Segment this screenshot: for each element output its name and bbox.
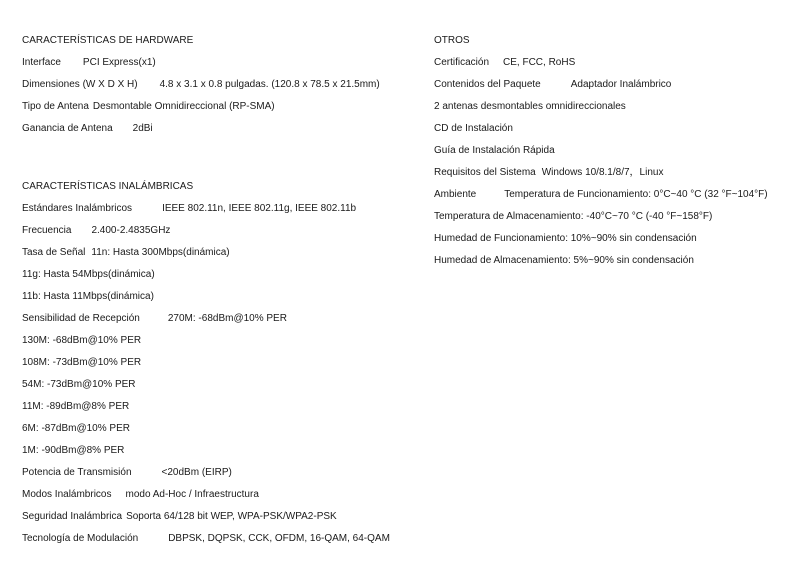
wireless-row: 130M: -68dBm@10% PER [22, 335, 141, 347]
others-row: 2 antenas desmontables omnidireccionales [434, 101, 626, 113]
spec-value: 6M: -87dBm@10% PER [22, 423, 130, 434]
spec-label: Tipo de Antena [22, 101, 89, 112]
spec-label: Tasa de Señal [22, 247, 85, 258]
spec-label: Modos Inalámbricos [22, 489, 111, 500]
wireless-row: 108M: -73dBm@10% PER [22, 357, 141, 369]
spec-value: Soporta 64/128 bit WEP, WPA-PSK/WPA2-PSK [126, 511, 337, 522]
spec-value: CE, FCC, RoHS [503, 57, 575, 68]
spec-value: Guía de Instalación Rápida [434, 145, 555, 156]
wireless-row: 11g: Hasta 54Mbps(dinámica) [22, 269, 155, 281]
spec-value: 130M: -68dBm@10% PER [22, 335, 141, 346]
spec-value: 108M: -73dBm@10% PER [22, 357, 141, 368]
others-row: Guía de Instalación Rápida [434, 145, 555, 157]
others-row: CertificaciónCE, FCC, RoHS [434, 57, 575, 69]
spec-value: IEEE 802.11n, IEEE 802.11g, IEEE 802.11b [162, 203, 356, 214]
wireless-row: Tecnología de ModulaciónDBPSK, DQPSK, CC… [22, 533, 390, 545]
spec-value: 11n: Hasta 300Mbps(dinámica) [91, 247, 229, 258]
spec-value: Humedad de Funcionamiento: 10%~90% sin c… [434, 233, 697, 244]
others-heading: OTROS [434, 35, 470, 47]
spec-label: Ganancia de Antena [22, 123, 113, 134]
spec-value: 2.400-2.4835GHz [91, 225, 170, 236]
spec-value: 54M: -73dBm@10% PER [22, 379, 136, 390]
hardware-row: Dimensiones (W X D X H)4.8 x 3.1 x 0.8 p… [22, 79, 380, 91]
spec-value: 11g: Hasta 54Mbps(dinámica) [22, 269, 155, 280]
spec-value: 11M: -89dBm@8% PER [22, 401, 129, 412]
wireless-heading: CARACTERÍSTICAS INALÁMBRICAS [22, 181, 193, 193]
spec-value: DBPSK, DQPSK, CCK, OFDM, 16-QAM, 64-QAM [168, 533, 390, 544]
hardware-row: Tipo de AntenaDesmontable Omnidirecciona… [22, 101, 275, 113]
spec-label: Potencia de Transmisión [22, 467, 132, 478]
wireless-row: Seguridad InalámbricaSoporta 64/128 bit … [22, 511, 337, 523]
wireless-row: 54M: -73dBm@10% PER [22, 379, 136, 391]
spec-label: Interface [22, 57, 61, 68]
others-row: Temperatura de Almacenamiento: -40°C~70 … [434, 211, 712, 223]
others-row: Humedad de Funcionamiento: 10%~90% sin c… [434, 233, 697, 245]
spec-value: 2dBi [133, 123, 153, 134]
spec-label: Ambiente [434, 189, 476, 200]
wireless-row: Frecuencia2.400-2.4835GHz [22, 225, 170, 237]
spec-value: 1M: -90dBm@8% PER [22, 445, 124, 456]
hardware-row: InterfacePCI Express(x1) [22, 57, 156, 69]
spec-value: Humedad de Almacenamiento: 5%~90% sin co… [434, 255, 694, 266]
spec-value: Windows 10/8.1/8/7，Linux [542, 167, 664, 178]
wireless-row: Tasa de Señal11n: Hasta 300Mbps(dinámica… [22, 247, 230, 259]
spec-label: Frecuencia [22, 225, 71, 236]
wireless-row: Estándares InalámbricosIEEE 802.11n, IEE… [22, 203, 356, 215]
others-row: Humedad de Almacenamiento: 5%~90% sin co… [434, 255, 694, 267]
spec-label: Estándares Inalámbricos [22, 203, 132, 214]
spec-value: 2 antenas desmontables omnidireccionales [434, 101, 626, 112]
spec-label: Requisitos del Sistema [434, 167, 536, 178]
spec-value: <20dBm (EIRP) [162, 467, 232, 478]
wireless-row: 11M: -89dBm@8% PER [22, 401, 129, 413]
spec-value: Desmontable Omnidireccional (RP-SMA) [93, 101, 275, 112]
spec-label: Certificación [434, 57, 489, 68]
spec-value: 270M: -68dBm@10% PER [168, 313, 287, 324]
wireless-row: Sensibilidad de Recepción270M: -68dBm@10… [22, 313, 287, 325]
spec-value: modo Ad-Hoc / Infraestructura [125, 489, 258, 500]
spec-value: Adaptador Inalámbrico [571, 79, 672, 90]
hardware-heading: CARACTERÍSTICAS DE HARDWARE [22, 35, 193, 47]
spec-label: Dimensiones (W X D X H) [22, 79, 138, 90]
wireless-row: 6M: -87dBm@10% PER [22, 423, 130, 435]
spec-value: 11b: Hasta 11Mbps(dinámica) [22, 291, 154, 302]
spec-value: CD de Instalación [434, 123, 513, 134]
spec-label: Seguridad Inalámbrica [22, 511, 122, 522]
wireless-row: 1M: -90dBm@8% PER [22, 445, 124, 457]
spec-label: Tecnología de Modulación [22, 533, 138, 544]
spec-value: Temperatura de Almacenamiento: -40°C~70 … [434, 211, 712, 222]
spec-value: Temperatura de Funcionamiento: 0°C~40 °C… [504, 189, 767, 200]
wireless-row: 11b: Hasta 11Mbps(dinámica) [22, 291, 154, 303]
spec-label: Sensibilidad de Recepción [22, 313, 140, 324]
spec-value: 4.8 x 3.1 x 0.8 pulgadas. (120.8 x 78.5 … [160, 79, 380, 90]
spec-label: Contenidos del Paquete [434, 79, 541, 90]
others-row: AmbienteTemperatura de Funcionamiento: 0… [434, 189, 768, 201]
others-row: Contenidos del PaqueteAdaptador Inalámbr… [434, 79, 671, 91]
wireless-row: Modos Inalámbricosmodo Ad-Hoc / Infraest… [22, 489, 259, 501]
wireless-row: Potencia de Transmisión<20dBm (EIRP) [22, 467, 232, 479]
spec-value: PCI Express(x1) [83, 57, 156, 68]
hardware-row: Ganancia de Antena2dBi [22, 123, 153, 135]
others-row: CD de Instalación [434, 123, 513, 135]
others-row: Requisitos del SistemaWindows 10/8.1/8/7… [434, 167, 663, 179]
